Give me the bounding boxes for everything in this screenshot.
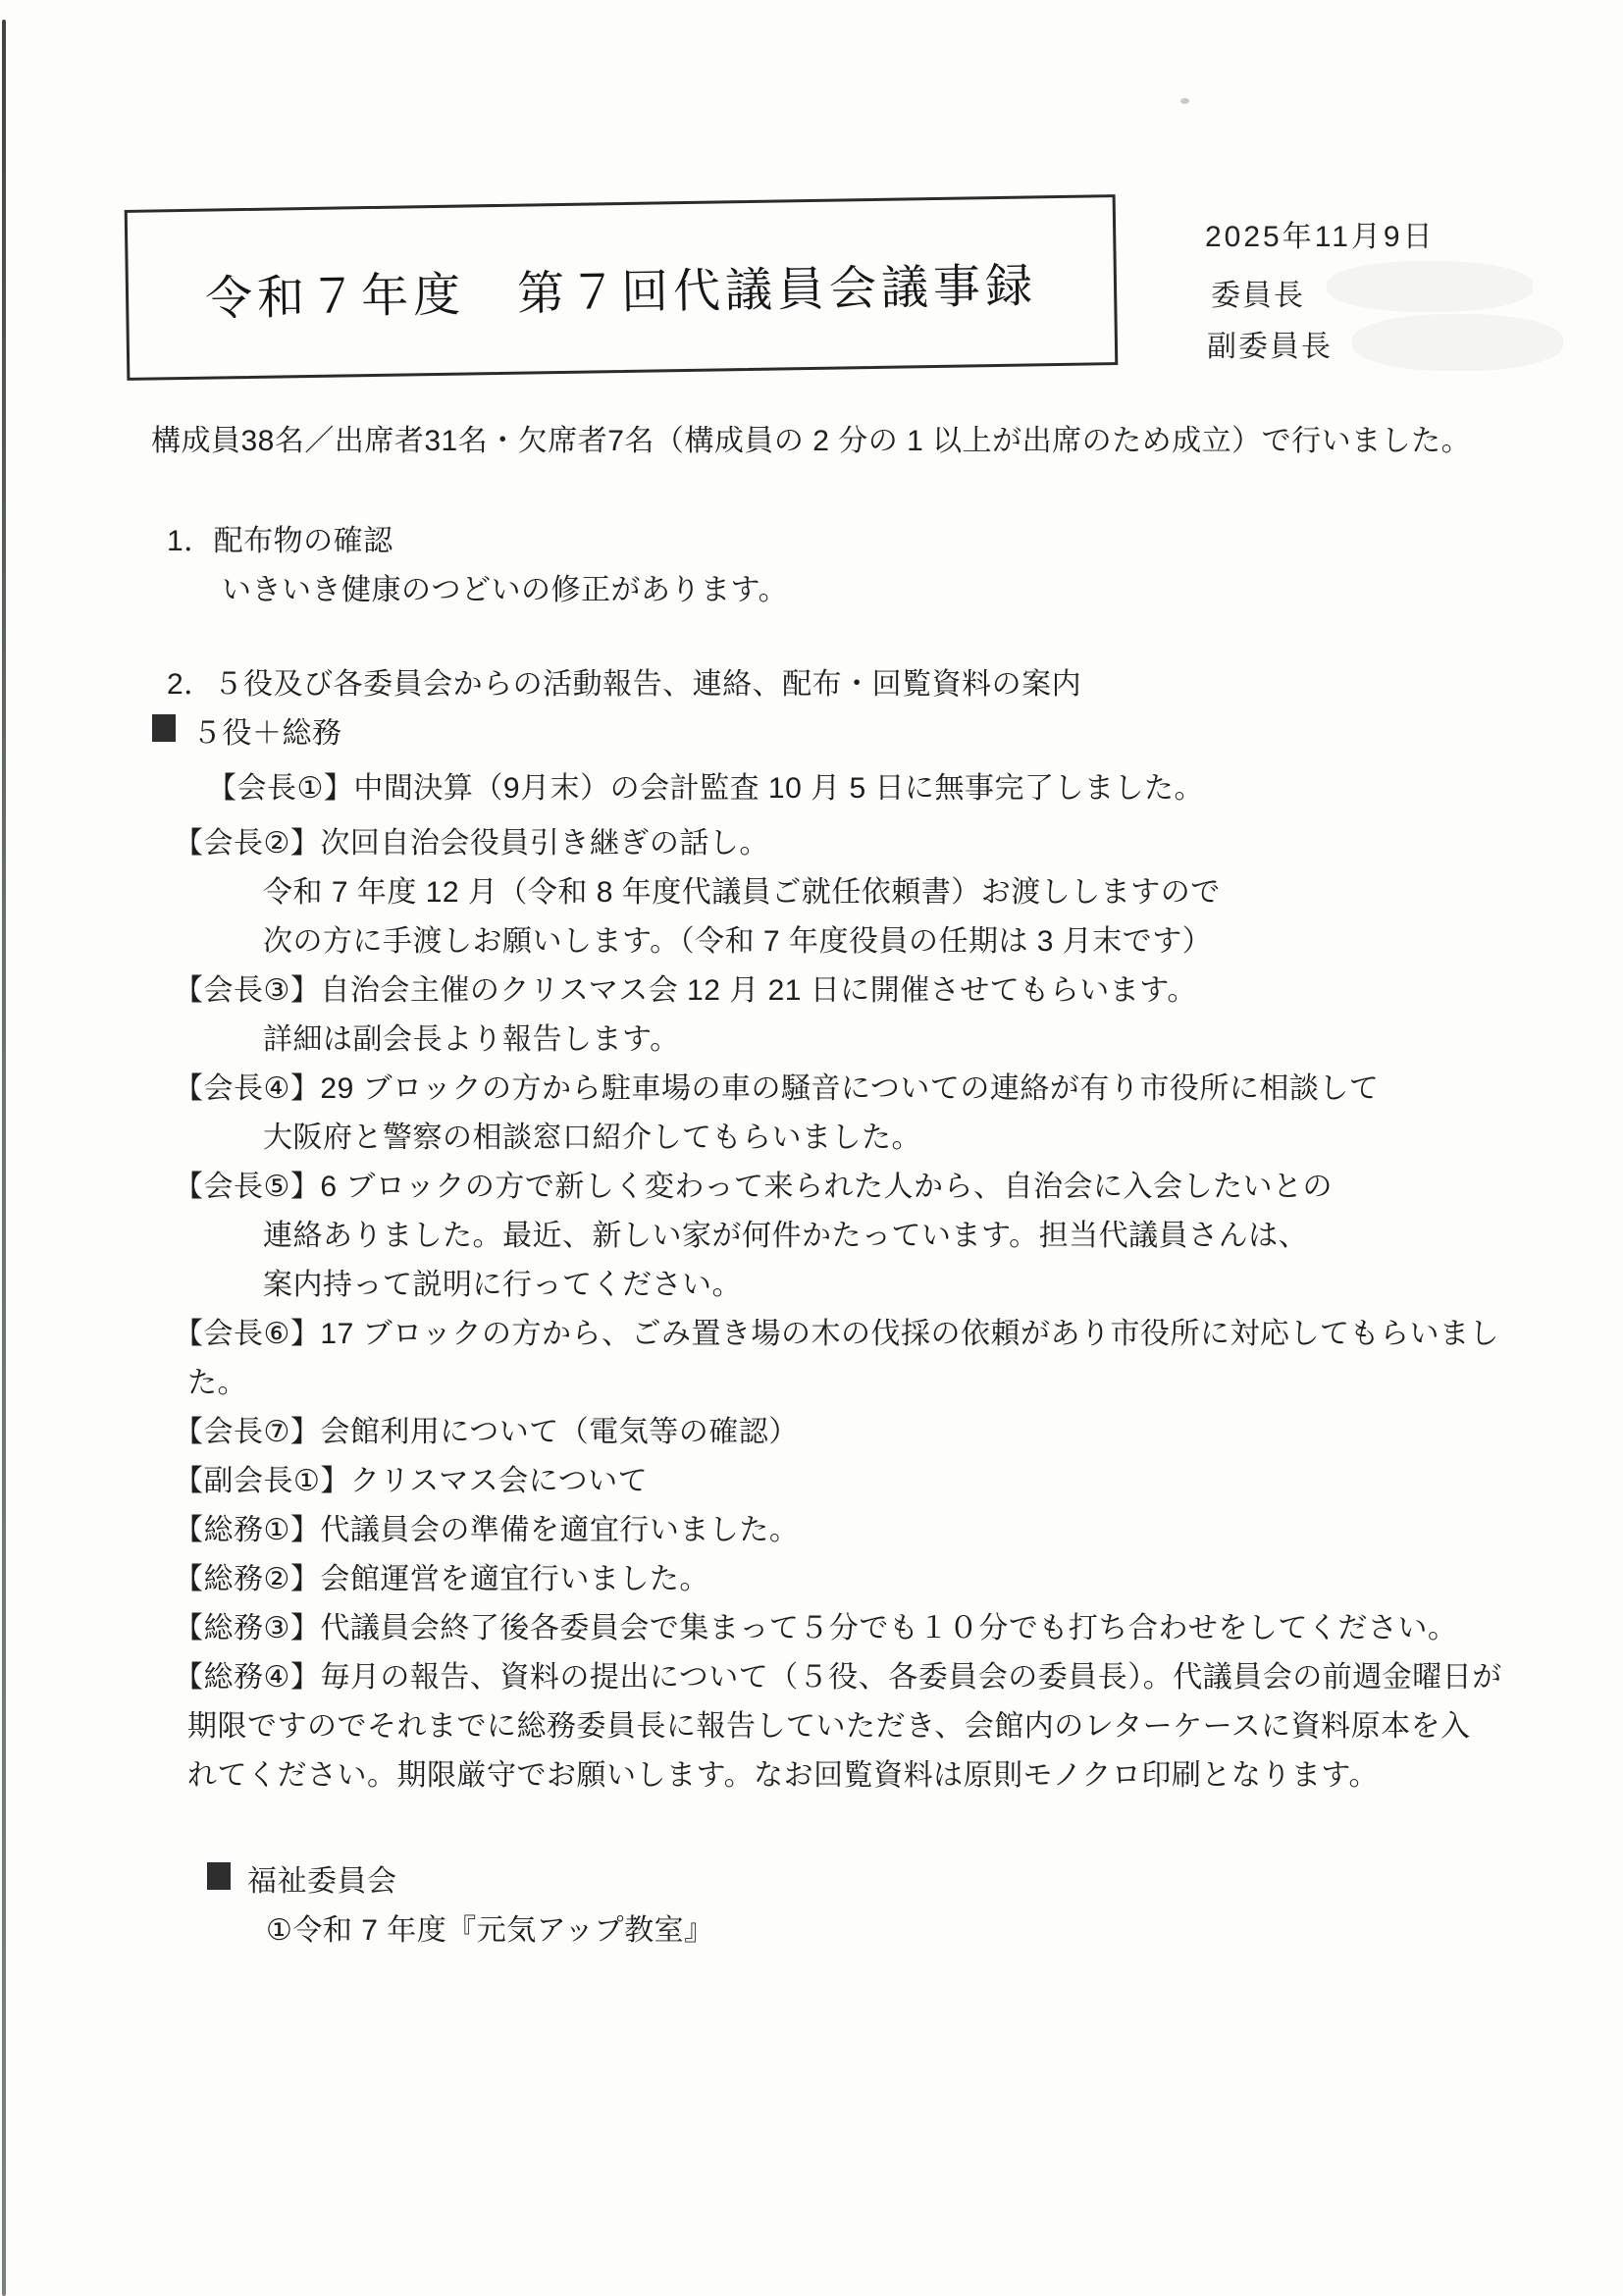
- body-line-text: 福祉委員会: [247, 1865, 397, 1898]
- body-line-text: 【総務④】毎月の報告、資料の提出について（５役、各委員会の委員長）。代議員会の前…: [174, 1661, 1502, 1694]
- body-line-text: 案内持って説明に行ってください。: [263, 1269, 742, 1301]
- body-line: 【会長③】自治会主催のクリスマス会 12 月 21 日に開催させてもらいます。: [0, 971, 1623, 1020]
- body-line-text: 【会長③】自治会主催のクリスマス会 12 月 21 日に開催させてもらいます。: [174, 974, 1197, 1007]
- body-line-text: 【会長①】中間決算（9月末）の会計監査 10 月 5 日に無事完了しました。: [207, 772, 1204, 805]
- square-bullet-icon: [207, 1862, 231, 1890]
- body-line: 【会長①】中間決算（9月末）の会計監査 10 月 5 日に無事完了しました。: [0, 769, 1623, 818]
- vice-chairman-name-blank: [1352, 314, 1563, 371]
- body-line-text: 次の方に手渡しお願いします。（令和 7 年度役員の任期は 3 月末です）: [263, 925, 1212, 958]
- body-line: いきいき健康のつどいの修正があります。: [0, 571, 1623, 620]
- body-line: 【会長⑥】17 ブロックの方から、ごみ置き場の木の伐採の依頼があり市役所に対応し…: [0, 1315, 1623, 1364]
- body-line-text: 【総務②】会館運営を適宜行いました。: [174, 1563, 709, 1595]
- body-line-text: 令和 7 年度 12 月（令和 8 年度代議員ご就任依頼書）お渡ししますので: [263, 876, 1221, 909]
- body-line: 【副会長①】クリスマス会について: [0, 1462, 1623, 1511]
- square-bullet-icon: [152, 714, 176, 742]
- body-line-text: 連絡ありました。最近、新しい家が何件かたっています。担当代議員さんは、: [263, 1220, 1308, 1252]
- title-box: 令和７年度 第７回代議員会議事録: [125, 194, 1119, 381]
- body-line-text: 1．配布物の確認: [167, 525, 393, 557]
- body-line: 【会長④】29 ブロックの方から駐車場の車の騒音についての連絡が有り市役所に相談…: [0, 1070, 1623, 1119]
- body-line: 【会長②】次回自治会役員引き継ぎの話し。: [0, 824, 1623, 873]
- body-line: 1．配布物の確認: [0, 522, 1623, 571]
- body-line: た。: [0, 1364, 1623, 1413]
- body-line-text: 【会長④】29 ブロックの方から駐車場の車の騒音についての連絡が有り市役所に相談…: [174, 1072, 1379, 1105]
- body-line: 【会長⑤】6 ブロックの方で新しく変わって来られた人から、自治会に入会したいとの: [0, 1168, 1623, 1217]
- body-line-text: 【会長⑥】17 ブロックの方から、ごみ置き場の木の伐採の依頼があり市役所に対応し…: [174, 1318, 1499, 1350]
- chairman-label: 委員長: [1211, 271, 1305, 314]
- page-title: 令和７年度 第７回代議員会議事録: [204, 247, 1037, 328]
- body-line: 【会長⑦】会館利用について（電気等の確認）: [0, 1413, 1623, 1462]
- section-bullet-line: ５役＋総務: [0, 714, 1623, 763]
- body-line: 期限ですのでそれまでに総務委員長に報告していただき、会館内のレターケースに資料原…: [0, 1707, 1623, 1756]
- body-line-text: 【会長⑤】6 ブロックの方で新しく変わって来られた人から、自治会に入会したいとの: [174, 1171, 1333, 1203]
- scanned-meeting-minutes-page: 令和７年度 第７回代議員会議事録 2025年11月9日 委員長 副委員長 構成員…: [0, 0, 1623, 2296]
- body-line: 【総務④】毎月の報告、資料の提出について（５役、各委員会の委員長）。代議員会の前…: [0, 1658, 1623, 1707]
- body-line: 次の方に手渡しお願いします。（令和 7 年度役員の任期は 3 月末です）: [0, 922, 1623, 971]
- body-line: 大阪府と警察の相談窓口紹介してもらいました。: [0, 1119, 1623, 1168]
- body-line: れてください。期限厳守でお願いします。なお回覧資料は原則モノクロ印刷となります。: [0, 1756, 1623, 1805]
- body-line-text: 【総務③】代議員会終了後各委員会で集まって５分でも１０分でも打ち合わせをしてくだ…: [174, 1612, 1457, 1644]
- body-line-text: 期限ですのでそれまでに総務委員長に報告していただき、会館内のレターケースに資料原…: [187, 1710, 1471, 1743]
- body-line-text: ５役＋総務: [192, 717, 342, 750]
- body-line-text: 大阪府と警察の相談窓口紹介してもらいました。: [263, 1122, 921, 1154]
- body-line: 【総務②】会館運営を適宜行いました。: [0, 1560, 1623, 1609]
- body-line-text: 【総務①】代議員会の準備を適宜行いました。: [174, 1514, 799, 1546]
- body-line: 令和 7 年度 12 月（令和 8 年度代議員ご就任依頼書）お渡ししますので: [0, 873, 1623, 922]
- body-lines: 1．配布物の確認いきいき健康のつどいの修正があります。2．５役及び各委員会からの…: [0, 522, 1623, 1960]
- body-line-text: 【会長⑦】会館利用について（電気等の確認）: [174, 1416, 799, 1448]
- body-line: 詳細は副会長より報告します。: [0, 1020, 1623, 1070]
- body-line: ①令和 7 年度『元気アップ教室』: [0, 1911, 1623, 1960]
- body-line-text: た。: [187, 1367, 247, 1399]
- body-line-text: 【副会長①】クリスマス会について: [174, 1465, 648, 1497]
- body-line: 案内持って説明に行ってください。: [0, 1266, 1623, 1315]
- attendance-summary: 構成員38名／出席者31名・欠席者7名（構成員の 2 分の 1 以上が出席のため…: [151, 416, 1471, 459]
- body-line: 2．５役及び各委員会からの活動報告、連絡、配布・回覧資料の案内: [0, 665, 1623, 714]
- chairman-name-blank: [1327, 261, 1533, 312]
- body-line-text: ①令和 7 年度『元気アップ教室』: [266, 1914, 714, 1947]
- body-line: 連絡ありました。最近、新しい家が何件かたっています。担当代議員さんは、: [0, 1217, 1623, 1266]
- document-date: 2025年11月9日: [1205, 212, 1436, 255]
- body-line-text: いきいき健康のつどいの修正があります。: [222, 574, 788, 606]
- body-line-text: 2．５役及び各委員会からの活動報告、連絡、配布・回覧資料の案内: [167, 668, 1081, 701]
- scan-speck: [1180, 98, 1189, 104]
- body-line: 【総務①】代議員会の準備を適宜行いました。: [0, 1511, 1623, 1560]
- body-line-text: 詳細は副会長より報告します。: [263, 1023, 680, 1056]
- body-line: 【総務③】代議員会終了後各委員会で集まって５分でも１０分でも打ち合わせをしてくだ…: [0, 1609, 1623, 1658]
- vice-chairman-label: 副委員長: [1207, 322, 1333, 365]
- section-bullet-line: 福祉委員会: [0, 1862, 1623, 1911]
- body-line-text: 【会長②】次回自治会役員引き継ぎの話し。: [174, 827, 769, 860]
- body-line-text: れてください。期限厳守でお願いします。なお回覧資料は原則モノクロ印刷となります。: [187, 1759, 1379, 1792]
